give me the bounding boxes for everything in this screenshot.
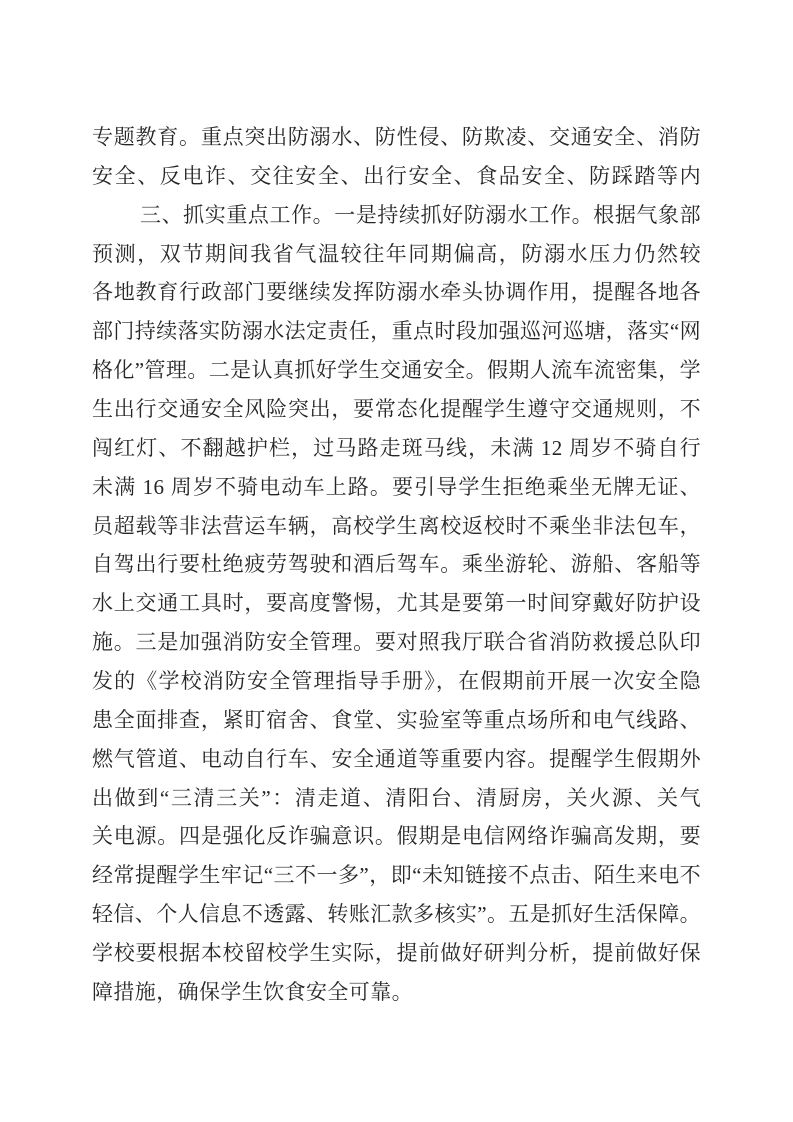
text-line: 安全、反电诈、交往安全、出行安全、食品安全、防踩踏等内容。 — [92, 157, 701, 196]
text-line: 生出行交通安全风险突出，要常态化提醒学生遵守交通规则，不 — [92, 390, 701, 429]
text-line: 关电源。四是强化反诈骗意识。假期是电信网络诈骗高发期，要 — [92, 817, 701, 856]
text-line: 出做到“三清三关”：清走道、清阳台、清厨房，关火源、关气源、 — [92, 779, 701, 818]
text-line: 学校要根据本校留校学生实际，提前做好研判分析，提前做好保 — [92, 934, 701, 973]
text-line: 三、抓实重点工作。一是持续抓好防溺水工作。根据气象部门 — [92, 196, 701, 235]
document-text-block: 专题教育。重点突出防溺水、防性侵、防欺凌、交通安全、消防 安全、反电诈、交往安全… — [92, 118, 701, 1012]
text-line: 施。三是加强消防安全管理。要对照我厅联合省消防救援总队印 — [92, 623, 701, 662]
text-line: 轻信、个人信息不透露、转账汇款多核实”。五是抓好生活保障。 — [92, 895, 701, 934]
text-line: 闯红灯、不翻越护栏，过马路走斑马线，未满 12 周岁不骑自行车、 — [92, 429, 701, 468]
text-line: 预测，双节期间我省气温较往年同期偏高，防溺水压力仍然较大。 — [92, 235, 701, 274]
document-page: 专题教育。重点突出防溺水、防性侵、防欺凌、交通安全、消防 安全、反电诈、交往安全… — [0, 0, 793, 1122]
text-line: 经常提醒学生牢记“三不一多”，即“未知链接不点击、陌生来电不 — [92, 856, 701, 895]
text-line: 员超载等非法营运车辆，高校学生离校返校时不乘坐非法包车， — [92, 507, 701, 546]
text-line: 患全面排查，紧盯宿舍、食堂、实验室等重点场所和电气线路、 — [92, 701, 701, 740]
text-line: 部门持续落实防溺水法定责任，重点时段加强巡河巡塘，落实“网 — [92, 312, 701, 351]
text-line: 发的《学校消防安全管理指导手册》，在假期前开展一次安全隐 — [92, 662, 701, 701]
text-line: 自驾出行要杜绝疲劳驾驶和酒后驾车。乘坐游轮、游船、客船等 — [92, 545, 701, 584]
text-line: 水上交通工具时，要高度警惕，尤其是要第一时间穿戴好防护设 — [92, 584, 701, 623]
text-line: 各地教育行政部门要继续发挥防溺水牵头协调作用，提醒各地各 — [92, 273, 701, 312]
text-line: 专题教育。重点突出防溺水、防性侵、防欺凌、交通安全、消防 — [92, 118, 701, 157]
text-line: 燃气管道、电动自行车、安全通道等重要内容。提醒学生假期外 — [92, 740, 701, 779]
text-line: 未满 16 周岁不骑电动车上路。要引导学生拒绝乘坐无牌无证、超 — [92, 468, 701, 507]
text-line: 障措施，确保学生饮食安全可靠。 — [92, 973, 701, 1012]
text-line: 格化”管理。二是认真抓好学生交通安全。假期人流车流密集，学 — [92, 351, 701, 390]
